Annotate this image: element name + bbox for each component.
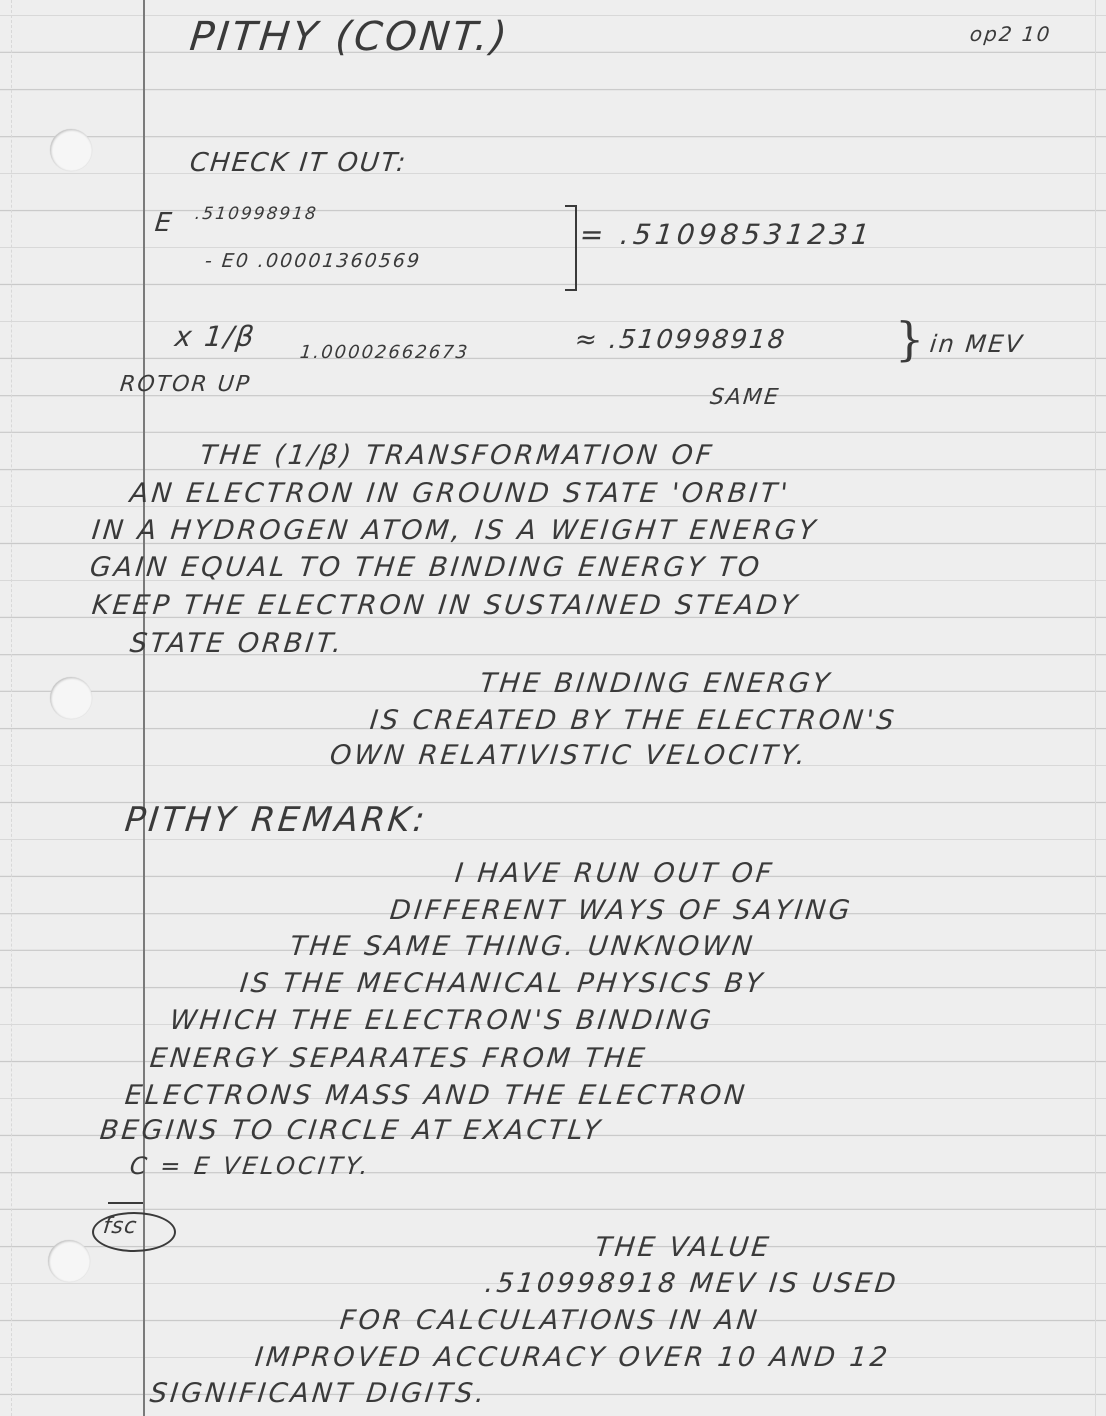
unit-label: in MEV bbox=[929, 330, 1026, 358]
page-number: op2 10 bbox=[969, 22, 1053, 46]
curly-brace: } bbox=[895, 312, 924, 366]
page-edge-perforation bbox=[11, 0, 12, 1416]
closing-line: FOR CALCULATIONS IN AN bbox=[338, 1305, 761, 1336]
subtraction-result: = .51098531231 bbox=[578, 218, 875, 251]
closing-line: .510998918 MEV IS USED bbox=[483, 1268, 900, 1299]
electron-energy-value: .510998918 bbox=[194, 204, 319, 224]
paragraph-line: STATE ORBIT. bbox=[128, 628, 345, 659]
closing-line: SIGNIFICANT DIGITS. bbox=[148, 1378, 488, 1409]
punch-hole-top bbox=[50, 129, 92, 171]
multiply-inverse-beta: x 1/β bbox=[173, 320, 257, 353]
punch-hole-bottom bbox=[48, 1240, 90, 1282]
paragraph-line: KEEP THE ELECTRON IN SUSTAINED STEADY bbox=[90, 590, 801, 621]
punch-hole-middle bbox=[50, 677, 92, 719]
margin-line bbox=[143, 0, 145, 1416]
approx-result: ≈ .510998918 bbox=[573, 325, 787, 355]
remark-line: IS THE MECHANICAL PHYSICS BY bbox=[238, 968, 766, 999]
remark-line: ENERGY SEPARATES FROM THE bbox=[148, 1043, 649, 1074]
paragraph-line: OWN RELATIVISTIC VELOCITY. bbox=[328, 740, 809, 771]
paragraph-line: GAIN EQUAL TO THE BINDING ENERGY TO bbox=[88, 552, 763, 583]
fsc-note: fsc bbox=[102, 1214, 139, 1239]
remark-line: DIFFERENT WAYS OF SAYING bbox=[388, 895, 854, 926]
remark-line: WHICH THE ELECTRON'S BINDING bbox=[168, 1005, 715, 1036]
paragraph-line: IS CREATED BY THE ELECTRON'S bbox=[368, 705, 898, 736]
paragraph-line: THE (1/β) TRANSFORMATION OF bbox=[198, 440, 716, 471]
remark-line: I HAVE RUN OUT OF bbox=[453, 858, 776, 889]
binding-energy-line: - E0 .00001360569 bbox=[204, 250, 422, 272]
paragraph-line: THE BINDING ENERGY bbox=[478, 668, 833, 699]
check-heading: CHECK IT OUT: bbox=[188, 148, 408, 178]
remark-line: ELECTRONS MASS AND THE ELECTRON bbox=[123, 1080, 749, 1111]
same-note: SAME bbox=[709, 385, 782, 410]
remark-line: C = E VELOCITY. bbox=[129, 1152, 373, 1180]
remark-line: THE SAME THING. UNKNOWN bbox=[288, 931, 756, 962]
page-title: PITHY (CONT.) bbox=[188, 14, 512, 60]
closing-line: THE VALUE bbox=[593, 1232, 773, 1263]
electron-energy-symbol: E bbox=[153, 208, 175, 238]
paragraph-line: IN A HYDROGEN ATOM, IS A WEIGHT ENERGY bbox=[90, 515, 819, 546]
page-right-edge bbox=[1095, 0, 1096, 1416]
paragraph-line: AN ELECTRON IN GROUND STATE 'ORBIT' bbox=[128, 478, 791, 509]
beta-value: 1.00002662673 bbox=[299, 342, 470, 363]
remark-heading: PITHY REMARK: bbox=[123, 800, 430, 840]
remark-line: BEGINS TO CIRCLE AT EXACTLY bbox=[98, 1115, 604, 1146]
rotor-up-note: ROTOR UP bbox=[119, 372, 253, 397]
right-bracket bbox=[565, 205, 577, 291]
fraction-bar bbox=[108, 1202, 143, 1204]
closing-line: IMPROVED ACCURACY OVER 10 AND 12 bbox=[253, 1342, 891, 1373]
